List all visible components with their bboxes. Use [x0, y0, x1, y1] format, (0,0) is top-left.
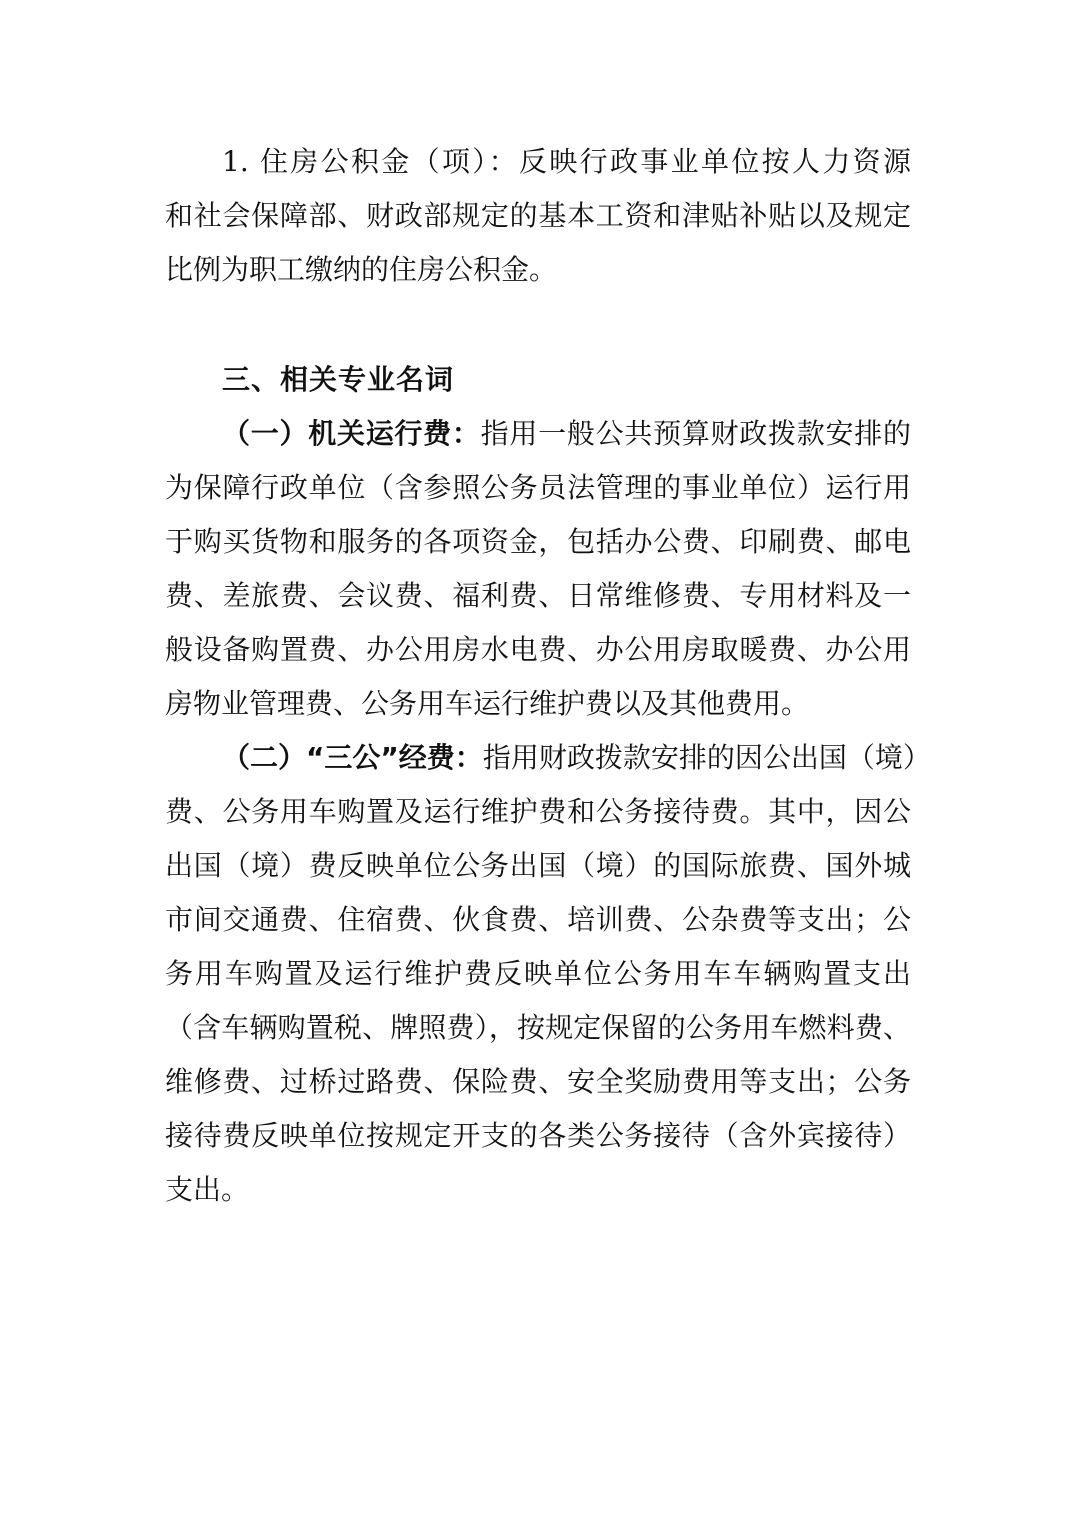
document-page: 1. 住房公积金（项）：反映行政事业单位按人力资源 和社会保障部、财政部规定的基… — [0, 0, 1074, 1520]
sub-2-line-8: 接待费反映单位按规定开支的各类公务接待（含外宾接待） — [165, 1116, 911, 1156]
sub-1-line-1: （一）机关运行费：指用一般公共预算财政拨款安排的 — [222, 414, 911, 454]
sub-2-line-5: 务用车购置及运行维护费反映单位公务用车车辆购置支出 — [165, 954, 911, 994]
item-1-line-3: 比例为职工缴纳的住房公积金。 — [165, 250, 911, 290]
section-heading: 三、相关专业名词 — [222, 360, 454, 400]
sub-2-line-7: 维修费、过桥过路费、保险费、安全奖励费用等支出；公务 — [165, 1062, 911, 1102]
sub-2-line-2: 费、公务用车购置及运行维护费和公务接待费。其中，因公 — [165, 792, 911, 832]
sub-1-line-4: 费、差旅费、会议费、福利费、日常维修费、专用材料及一 — [165, 576, 911, 616]
sub-1-line-6: 房物业管理费、公务用车运行维护费以及其他费用。 — [165, 684, 911, 724]
sub-1-first-line-text: 指用一般公共预算财政拨款安排的 — [481, 417, 911, 450]
sub-2-line-3: 出国（境）费反映单位公务出国（境）的国际旅费、国外城 — [165, 846, 911, 886]
sub-1-line-3: 于购买货物和服务的各项资金，包括办公费、印刷费、邮电 — [165, 522, 911, 562]
sub-2-line-6: （含车辆购置税、牌照费），按规定保留的公务用车燃料费、 — [165, 1008, 911, 1048]
sub-1-line-5: 般设备购置费、办公用房水电费、办公用房取暖费、办公用 — [165, 630, 911, 670]
sub-2-line-9: 支出。 — [165, 1170, 911, 1210]
sub-2-line-4: 市间交通费、住宿费、伙食费、培训费、公杂费等支出；公 — [165, 900, 911, 940]
term-label: （二）“三公”经费： — [222, 741, 483, 774]
sub-2-line-1: （二）“三公”经费：指用财政拨款安排的因公出国（境） — [222, 738, 911, 778]
sub-1-line-2: 为保障行政单位（含参照公务员法管理的事业单位）运行用 — [165, 468, 911, 508]
item-1-line-2: 和社会保障部、财政部规定的基本工资和津贴补贴以及规定 — [165, 196, 911, 236]
sub-2-first-line-text: 指用财政拨款安排的因公出国（境） — [483, 741, 931, 774]
item-1-line-1: 1. 住房公积金（项）：反映行政事业单位按人力资源 — [222, 142, 911, 182]
term-label: （一）机关运行费： — [222, 417, 481, 450]
